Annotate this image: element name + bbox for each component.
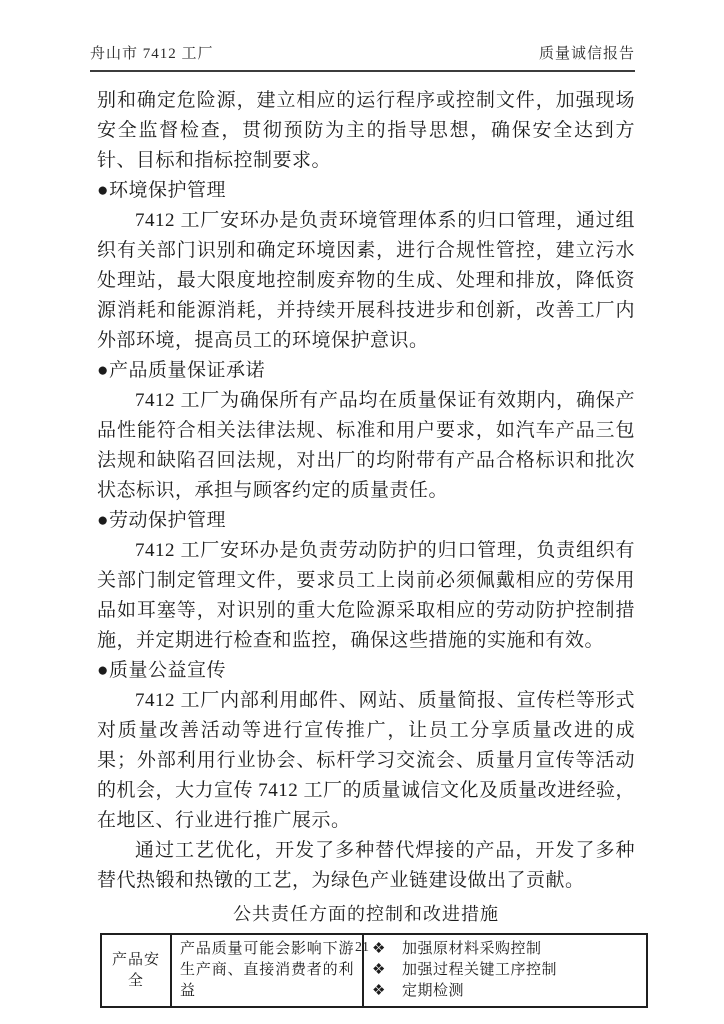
paragraph: 7412 工厂安环办是负责环境管理体系的归口管理，通过组织有关部门识别和确定环境… [97,206,635,356]
header-report-title: 质量诚信报告 [539,42,635,63]
paragraph: 别和确定危险源，建立相应的运行程序或控制文件，加强现场安全监督检查，贯彻预防为主… [97,86,635,176]
table-caption: 公共责任方面的控制和改进措施 [97,899,635,929]
document-page: 舟山市 7412 工厂 质量诚信报告 别和确定危险源，建立相应的运行程序或控制文… [0,0,724,1024]
document-body: 别和确定危险源，建立相应的运行程序或控制文件，加强现场安全监督检查，贯彻预防为主… [97,86,635,1008]
diamond-bullet-icon: ❖ [372,960,402,981]
section-heading-quality-assurance: ●产品质量保证承诺 [97,356,635,386]
section-heading-labor-protection: ●劳动保护管理 [97,506,635,536]
measure-text: 定期检测 [402,983,464,999]
diamond-bullet-icon: ❖ [372,981,402,1002]
measure-item: ❖定期检测 [372,981,638,1002]
measure-text: 加强过程关键工序控制 [402,962,557,978]
header-company-name: 舟山市 7412 工厂 [90,42,214,63]
paragraph: 7412 工厂安环办是负责劳动防护的归口管理，负责组织有关部门制定管理文件，要求… [97,536,635,656]
page-header: 舟山市 7412 工厂 质量诚信报告 [90,42,635,72]
page-footer: 21 [0,940,724,956]
paragraph: 7412 工厂内部利用邮件、网站、质量简报、宣传栏等形式对质量改善活动等进行宣传… [97,686,635,836]
paragraph: 通过工艺优化，开发了多种替代焊接的产品，开发了多种替代热锻和热镦的工艺，为绿色产… [97,836,635,896]
section-heading-environment: ●环境保护管理 [97,176,635,206]
page-number: 21 [355,940,369,955]
section-heading-quality-publicity: ●质量公益宣传 [97,656,635,686]
paragraph: 7412 工厂为确保所有产品均在质量保证有效期内，确保产品性能符合相关法律法规、… [97,386,635,506]
measure-item: ❖加强过程关键工序控制 [372,960,638,981]
